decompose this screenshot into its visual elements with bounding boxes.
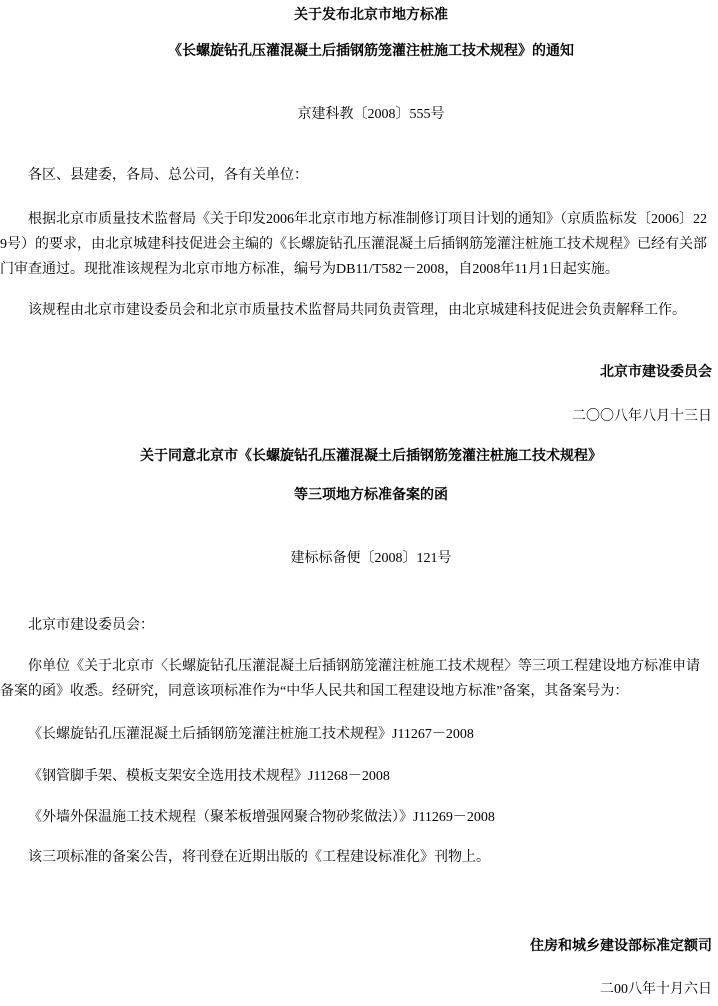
notice2-closing-paragraph: 该三项标准的备案公告，将刊登在近期出版的《工程建设标准化》刊物上。	[0, 845, 712, 870]
notice2-date: 二00八年十月六日	[0, 977, 712, 1002]
notice2-intro-paragraph: 你单位《关于北京市〈长螺旋钻孔压灌混凝土后插钢筋笼灌注桩施工技术规程〉等三项工程…	[0, 654, 712, 704]
notice2-title-line2: 等三项地方标准备案的函	[0, 483, 712, 508]
notice2-doc-number: 建标标备便〔2008〕121号	[0, 546, 712, 571]
notice2-signature: 住房和城乡建设部标准定额司	[0, 934, 712, 959]
standard-item: 《长螺旋钻孔压灌混凝土后插钢筋笼灌注桩施工技术规程》J11267－2008	[0, 722, 712, 747]
notice1-paragraph-2: 该规程由北京市建设委员会和北京市质量技术监督局共同负责管理，由北京城建科技促进会…	[0, 298, 712, 323]
notice1-title-line1: 关于发布北京市地方标准	[0, 3, 712, 28]
notice1-paragraph-1: 根据北京市质量技术监督局《关于印发2006年北京市地方标准制修订项目计划的通知》…	[0, 207, 712, 282]
notice1-doc-number: 京建科教〔2008〕555号	[0, 102, 712, 127]
notice1-title-line2: 《长螺旋钻孔压灌混凝土后插钢筋笼灌注桩施工技术规程》的通知	[0, 39, 712, 64]
standard-item: 《钢管脚手架、模板支架安全选用技术规程》J11268－2008	[0, 764, 712, 789]
document-body: 关于发布北京市地方标准 《长螺旋钻孔压灌混凝土后插钢筋笼灌注桩施工技术规程》的通…	[0, 3, 712, 1002]
notice1-salutation: 各区、县建委，各局、总公司，各有关单位：	[0, 163, 712, 188]
standard-item: 《外墙外保温施工技术规程（聚苯板增强网聚合物砂浆做法）》J11269－2008	[0, 805, 712, 830]
notice1-signature: 北京市建设委员会	[0, 360, 712, 385]
notice1-date: 二〇〇八年八月十三日	[0, 404, 712, 429]
notice2-salutation: 北京市建设委员会：	[0, 613, 712, 638]
notice2-title-line1: 关于同意北京市《长螺旋钻孔压灌混凝土后插钢筋笼灌注桩施工技术规程》	[0, 444, 712, 469]
